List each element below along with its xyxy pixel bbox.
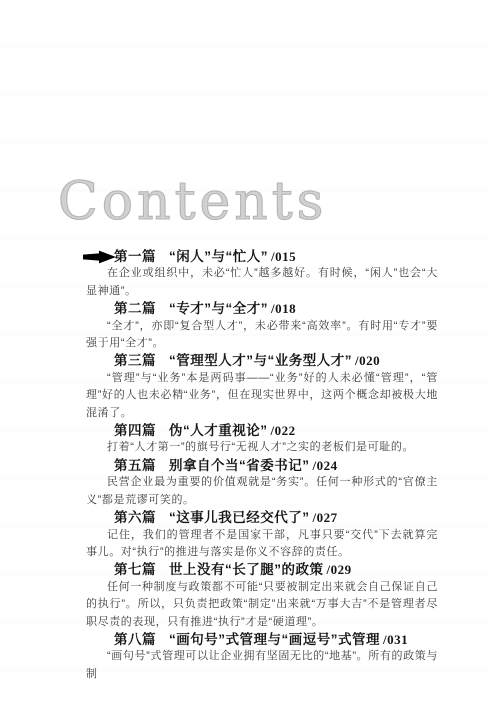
chapter-label: 第三篇 [114,353,156,368]
entry-page-number: /031 [383,632,408,647]
entry-summary: 打着“人才第一”的旗号行“无视人才”之实的老板们是可耻的。 [86,439,438,456]
entry-page-number: /022 [271,423,296,438]
chapter-label: 第六篇 [114,510,156,525]
book-contents-page: Contents 第一篇“闲人”与“忙人”/015 在企业或组织中，未必“忙人”… [0,0,490,709]
toc-entry-6: 第六篇“这事儿我已经交代了”/027 记住，我们的管理者不是国家干部，凡事只要“… [86,509,438,561]
toc-entry-heading: 第七篇世上没有“长了腿”的政策/029 [86,561,438,578]
entry-title: 别拿自个当“省委书记” [169,458,310,473]
entry-summary: 记住，我们的管理者不是国家干部，凡事只要“交代”下去就算完事儿。对“执行”的推进… [86,527,438,562]
entry-summary: “全才”，亦即“复合型人才”，未必带来“高效率”。有时用“专才”要强于用“全才”… [86,318,438,353]
entry-title: “画句号”式管理与“画逗号”式管理 [169,632,380,647]
toc-list: 第一篇“闲人”与“忙人”/015 在企业或组织中，未必“忙人”越多越好。有时候，… [86,248,438,683]
chapter-label: 第五篇 [114,458,156,473]
chapter-label: 第八篇 [114,632,156,647]
entry-page-number: /024 [313,458,338,473]
entry-summary: “管理”与“业务”本是两码事——“业务”好的人未必懂“管理”，“管理”好的人也未… [86,370,438,422]
toc-entry-heading: 第四篇伪“人才重视论”/022 [86,422,438,439]
toc-entry-1: 第一篇“闲人”与“忙人”/015 在企业或组织中，未必“忙人”越多越好。有时候，… [86,248,438,300]
toc-entry-heading: 第三篇“管理型人才”与“业务型人才”/020 [86,352,438,369]
toc-entry-heading: 第八篇“画句号”式管理与“画逗号”式管理/031 [86,631,438,648]
entry-title: “闲人”与“忙人” [169,249,268,264]
entry-summary: “画句号”式管理可以让企业拥有坚固无比的“地基”。所有的政策与制 [86,648,438,683]
toc-entry-3: 第三篇“管理型人才”与“业务型人才”/020 “管理”与“业务”本是两码事——“… [86,352,438,422]
toc-entry-7: 第七篇世上没有“长了腿”的政策/029 任何一种制度与政策都不可能“只要被制定出… [86,561,438,631]
toc-entry-4: 第四篇伪“人才重视论”/022 打着“人才第一”的旗号行“无视人才”之实的老板们… [86,422,438,457]
entry-summary: 民营企业最为重要的价值观就是“务实”。任何一种形式的“官僚主义”都是荒谬可笑的。 [86,474,438,509]
entry-title: 伪“人才重视论” [169,423,268,438]
chapter-label: 第一篇 [114,249,156,264]
chapter-label: 第七篇 [114,562,156,577]
toc-entry-heading: 第一篇“闲人”与“忙人”/015 [86,248,438,265]
toc-entry-heading: 第二篇“专才”与“全才”/018 [86,300,438,317]
page-title: Contents [58,172,327,232]
chapter-label: 第二篇 [114,301,156,316]
entry-page-number: /027 [313,510,338,525]
entry-page-number: /018 [271,301,296,316]
entry-title: 世上没有“长了腿”的政策 [169,562,324,577]
entry-summary: 在企业或组织中，未必“忙人”越多越好。有时候，“闲人”也会“大显神通”。 [86,265,438,300]
entry-summary: 任何一种制度与政策都不可能“只要被制定出来就会自己保证自己的执行”。所以，只负责… [86,579,438,631]
entry-page-number: /029 [327,562,352,577]
toc-entry-heading: 第六篇“这事儿我已经交代了”/027 [86,509,438,526]
toc-entry-2: 第二篇“专才”与“全才”/018 “全才”，亦即“复合型人才”，未必带来“高效率… [86,300,438,352]
toc-entry-5: 第五篇别拿自个当“省委书记”/024 民营企业最为重要的价值观就是“务实”。任何… [86,457,438,509]
entry-title: “这事儿我已经交代了” [169,510,310,525]
entry-title: “管理型人才”与“业务型人才” [169,353,352,368]
entry-page-number: /015 [271,249,296,264]
chapter-label: 第四篇 [114,423,156,438]
entry-page-number: /020 [355,353,380,368]
toc-entry-8: 第八篇“画句号”式管理与“画逗号”式管理/031 “画句号”式管理可以让企业拥有… [86,631,438,683]
toc-entry-heading: 第五篇别拿自个当“省委书记”/024 [86,457,438,474]
bookmark-arrow-icon [83,250,117,264]
entry-title: “专才”与“全才” [169,301,268,316]
